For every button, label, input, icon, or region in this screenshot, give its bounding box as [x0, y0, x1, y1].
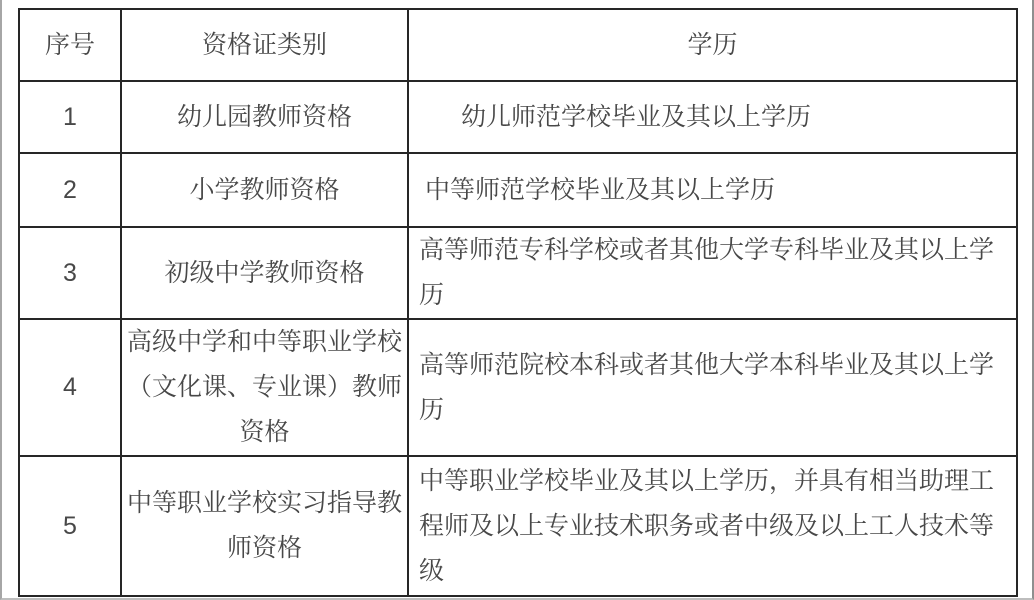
table-row: 4 高级中学和中等职业学校（文化课、专业课）教师资格 高等师范院校本科或者其他大…	[19, 319, 1017, 456]
row-number-cell: 2	[19, 153, 121, 227]
education-cell: 中等职业学校毕业及其以上学历，并具有相当助理工程师及以上专业技术职务或者中级及以…	[408, 456, 1017, 596]
header-cell-education: 学历	[408, 9, 1017, 81]
table-row: 5 中等职业学校实习指导教师资格 中等职业学校毕业及其以上学历，并具有相当助理工…	[19, 456, 1017, 596]
header-cell-category: 资格证类别	[121, 9, 408, 81]
table-row: 1 幼儿园教师资格 幼儿师范学校毕业及其以上学历	[19, 81, 1017, 153]
education-cell: 高等师范专科学校或者其他大学专科毕业及其以上学历	[408, 227, 1017, 319]
table-row: 2 小学教师资格 中等师范学校毕业及其以上学历	[19, 153, 1017, 227]
category-cell: 中等职业学校实习指导教师资格	[121, 456, 408, 596]
row-number-cell: 5	[19, 456, 121, 596]
table-row: 3 初级中学教师资格 高等师范专科学校或者其他大学专科毕业及其以上学历	[19, 227, 1017, 319]
page-background: 序号 资格证类别 学历 1 幼儿园教师资格 幼儿师范学校毕业及其以上学历 2 小…	[0, 0, 1034, 600]
row-number-cell: 3	[19, 227, 121, 319]
education-cell: 高等师范院校本科或者其他大学本科毕业及其以上学历	[408, 319, 1017, 456]
category-cell: 初级中学教师资格	[121, 227, 408, 319]
category-cell: 小学教师资格	[121, 153, 408, 227]
education-cell: 中等师范学校毕业及其以上学历	[408, 153, 1017, 227]
education-cell: 幼儿师范学校毕业及其以上学历	[408, 81, 1017, 153]
qualification-table: 序号 资格证类别 学历 1 幼儿园教师资格 幼儿师范学校毕业及其以上学历 2 小…	[18, 8, 1018, 597]
category-cell: 幼儿园教师资格	[121, 81, 408, 153]
category-cell: 高级中学和中等职业学校（文化课、专业课）教师资格	[121, 319, 408, 456]
row-number-cell: 1	[19, 81, 121, 153]
table-header-row: 序号 资格证类别 学历	[19, 9, 1017, 81]
row-number-cell: 4	[19, 319, 121, 456]
header-cell-no: 序号	[19, 9, 121, 81]
